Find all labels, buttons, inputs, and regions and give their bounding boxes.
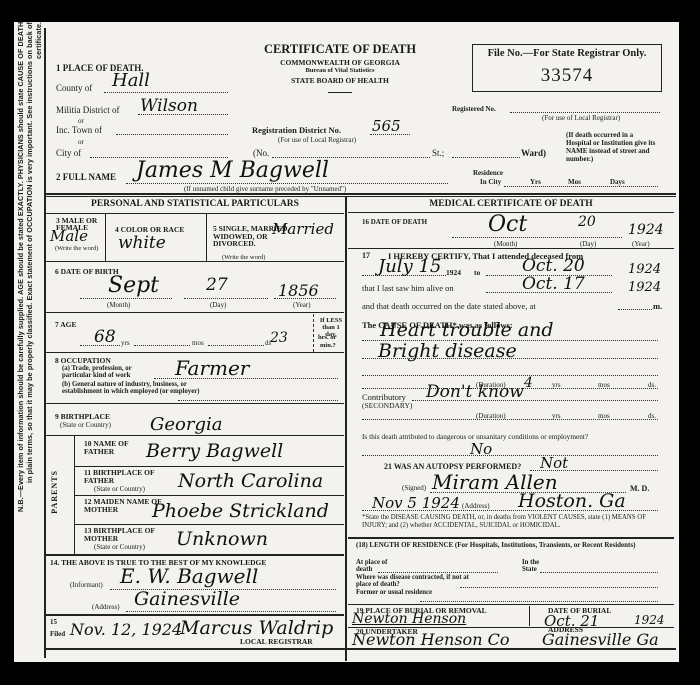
md-label: M. D. xyxy=(630,484,649,493)
county-value: Hall xyxy=(112,70,150,91)
sign-address-value: Hoston. Ga xyxy=(518,490,626,512)
date-of-death-year: 1924 xyxy=(628,222,664,238)
hrs-label: hrs. or xyxy=(318,334,336,341)
informant-address-line xyxy=(126,611,336,612)
filed-number: 15 xyxy=(50,618,57,626)
age-yrs: 68 xyxy=(94,327,116,347)
dob-year: 1856 xyxy=(278,281,319,300)
informant-value: E. W. Bagwell xyxy=(120,564,258,588)
dod-year-note: (Year) xyxy=(632,240,650,248)
medical-rule-4 xyxy=(348,604,674,605)
personal-rule-6 xyxy=(46,435,344,436)
last-saw-value: Oct. 17 xyxy=(522,274,585,294)
mother-birthplace-label: 13 BIRTHPLACE OF MOTHER xyxy=(84,527,160,543)
filed-label: Filed xyxy=(50,630,65,638)
burial-place-value: Newton Henson xyxy=(352,611,466,627)
to-label: to xyxy=(474,268,480,277)
dob-month: Sept xyxy=(108,273,159,298)
parents-label: PARENTS xyxy=(50,470,59,514)
date-of-death-month: Oct xyxy=(488,212,527,237)
personal-vrule-2 xyxy=(206,213,207,261)
father-birthplace-value: North Carolina xyxy=(178,470,323,492)
reg-district-label: Registration District No. xyxy=(252,125,341,135)
sign-date: Nov 5 1924 xyxy=(372,494,460,512)
father-birthplace-label: 11 BIRTHPLACE OF FATHER xyxy=(84,469,160,485)
contributory-mos-unit: mos xyxy=(598,412,610,420)
registered-no-label: Registered No. xyxy=(452,105,496,113)
cause-footnote: *State the DISEASE CAUSING DEATH, or, in… xyxy=(362,514,658,530)
cause-value-1: Heart trouble and xyxy=(380,319,554,341)
in-state-label: In the State xyxy=(522,559,552,573)
certificate-title: CERTIFICATE OF DEATH xyxy=(200,42,480,57)
race-value: white xyxy=(118,233,166,253)
age-yrs-unit: yrs xyxy=(121,339,130,347)
militia-value: Wilson xyxy=(140,96,198,116)
bureau-label: Bureau of Vital Statistics xyxy=(200,67,480,74)
militia-label: Militia District of xyxy=(56,105,120,115)
personal-rule-4 xyxy=(46,352,344,353)
contributory-duration-line[interactable] xyxy=(362,419,658,420)
divider-main-2 xyxy=(46,196,676,197)
sex-value: Male xyxy=(50,227,88,245)
personal-vrule-1 xyxy=(105,213,106,261)
occupation-b-label: (b) General nature of industry, business… xyxy=(62,381,204,395)
full-name-note: (If unnamed child give surname preceded … xyxy=(184,185,346,193)
dangerous-value: No xyxy=(470,440,492,458)
contributory-duration-label: (Duration) xyxy=(476,412,506,420)
file-number-label: File No.—For State Registrar Only. xyxy=(475,48,659,59)
personal-rule-3 xyxy=(46,312,344,313)
ward-field[interactable] xyxy=(452,157,520,158)
sign-address-label: (Address) xyxy=(462,502,490,510)
column-divider xyxy=(345,196,347,661)
last-saw-label: that I last saw him alive on xyxy=(362,283,454,293)
personal-rule-7 xyxy=(46,554,344,556)
age-ds-line xyxy=(208,345,264,346)
mother-birthplace-note: (State or Country) xyxy=(94,543,145,551)
sex-note: (Write the word) xyxy=(55,245,99,252)
last-saw-year: 1924 xyxy=(628,280,661,295)
father-value: Berry Bagwell xyxy=(146,440,283,462)
cause-value-2: Bright disease xyxy=(378,340,517,362)
attended-from-year: 1924 xyxy=(446,268,461,277)
st-label: St.; xyxy=(432,148,444,158)
personal-rule-8 xyxy=(46,614,344,616)
dob-month-note: (Month) xyxy=(107,301,130,309)
informant-address-label: (Address) xyxy=(92,603,120,611)
margin-instructions: N.B.—Every item of information should be… xyxy=(14,22,42,662)
mother-birthplace-value: Unknown xyxy=(176,528,268,550)
medical-rule-2 xyxy=(348,248,674,249)
dangerous-line xyxy=(362,455,658,456)
age-divider xyxy=(313,314,314,352)
header-rule xyxy=(328,92,352,93)
age-ds: 23 xyxy=(270,330,288,346)
at-place-field[interactable] xyxy=(378,572,498,573)
birthplace-value: Georgia xyxy=(150,414,222,435)
secondary-label: (SECONDARY) xyxy=(362,401,412,410)
date-of-death-day: 20 xyxy=(578,214,596,230)
father-birthplace-note: (State or Country) xyxy=(94,485,145,493)
at-place-label: At place of death xyxy=(356,559,400,573)
occupation-a-label: (a) Trade, profession, or particular kin… xyxy=(62,365,160,379)
min-label: min.? xyxy=(320,342,336,349)
local-registrar-signature: Marcus Waldrip xyxy=(180,617,333,639)
attended-from: July 15 xyxy=(378,256,441,277)
or-label-2: or xyxy=(78,138,84,146)
birthplace-note: (State or Country) xyxy=(60,421,111,429)
contributory-ds-unit: ds. xyxy=(648,412,656,420)
m-label: m. xyxy=(653,301,662,311)
contributory-yrs-unit: yrs xyxy=(552,412,561,420)
reg-district-value: 565 xyxy=(372,117,401,135)
informant-address-value: Gainesville xyxy=(134,588,240,610)
dod-day-note: (Day) xyxy=(580,240,596,248)
personal-section-title: PERSONAL AND STATISTICAL PARTICULARS xyxy=(46,199,344,209)
age-label: 7 AGE xyxy=(55,320,76,329)
full-name-label: 2 FULL NAME xyxy=(56,172,116,182)
dob-month-line xyxy=(80,298,172,299)
or-label-1: or xyxy=(78,117,84,125)
parents-rule-1 xyxy=(74,466,344,467)
residence-label: Residence xyxy=(473,169,503,177)
residence-days-label: Days xyxy=(610,178,625,186)
time-of-death-field[interactable] xyxy=(618,309,652,310)
town-field[interactable] xyxy=(116,134,228,135)
informant-label: (Informant) xyxy=(70,581,103,589)
county-label: County of xyxy=(56,83,92,93)
contracted-field[interactable] xyxy=(460,587,658,588)
date-of-death-line xyxy=(452,237,622,238)
occupation-a-value: Farmer xyxy=(175,356,249,380)
former-residence-label: Former or usual residence xyxy=(356,589,446,596)
medical-section-title: MEDICAL CERTIFICATE OF DEATH xyxy=(348,199,674,209)
cause-line-3[interactable] xyxy=(362,375,658,376)
residence-length-label: (18) LENGTH OF RESIDENCE (For Hospitals,… xyxy=(356,541,662,549)
undertaker-address-value: Gainesville Ga xyxy=(542,630,659,649)
contracted-label: Where was disease contracted, if not at … xyxy=(356,574,476,588)
dob-day-line xyxy=(184,298,268,299)
dob-day: 27 xyxy=(206,275,228,295)
file-number-box: File No.—For State Registrar Only. 33574 xyxy=(472,44,662,92)
local-registrar-label: LOCAL REGISTRAR xyxy=(240,637,313,646)
in-city-label: In City xyxy=(480,178,501,186)
contributory-value: Don't know xyxy=(426,382,524,402)
occupation-b-field[interactable] xyxy=(178,400,338,401)
in-state-field[interactable] xyxy=(540,572,658,573)
mother-value: Phoebe Strickland xyxy=(152,500,329,522)
dob-day-note: (Day) xyxy=(210,301,226,309)
county-line xyxy=(104,92,228,93)
attended-to: Oct. 20 xyxy=(522,256,585,276)
reg-district-note: (For use of Local Registrar) xyxy=(278,136,356,144)
margin-line-3: certificate. xyxy=(34,22,44,662)
registered-no-note: (For use of Local Registrar) xyxy=(542,114,620,122)
no-label: (No. xyxy=(253,148,269,158)
parents-rule-2 xyxy=(74,495,344,496)
father-label: 10 NAME OF FATHER xyxy=(84,440,144,456)
full-name-line xyxy=(126,183,448,184)
certify-number: 17 xyxy=(362,251,370,260)
filed-date: Nov. 12, 1924 xyxy=(70,620,182,639)
personal-rule-1 xyxy=(46,213,344,214)
commonwealth-label: COMMONWEALTH OF GEORGIA xyxy=(200,58,480,67)
residence-field[interactable] xyxy=(504,186,658,187)
residence-yrs-label: Yrs xyxy=(530,178,541,186)
occurred-text: and that death occurred on the date stat… xyxy=(362,301,536,311)
undertaker-value: Newton Henson Co xyxy=(352,630,509,649)
date-of-death-label: 16 DATE OF DEATH xyxy=(362,218,427,226)
registered-no-field[interactable] xyxy=(510,112,660,113)
full-name-value: James M Bagwell xyxy=(136,158,329,183)
parents-rule-3 xyxy=(74,524,344,525)
divider-main xyxy=(46,193,676,195)
dod-month-note: (Month) xyxy=(494,240,517,248)
age-mos-field[interactable] xyxy=(134,345,190,346)
personal-rule-5 xyxy=(46,403,344,404)
file-number-value: 33574 xyxy=(473,65,661,87)
occupation-label: 8 OCCUPATION xyxy=(55,356,111,365)
attended-to-year: 1924 xyxy=(628,262,661,277)
signed-label: (Signed) xyxy=(402,484,426,492)
former-residence-field[interactable] xyxy=(420,601,658,602)
personal-rule-2 xyxy=(46,261,344,262)
medical-rule-3 xyxy=(348,537,674,539)
marital-note: (Write the word) xyxy=(222,254,265,261)
dob-year-note: (Year) xyxy=(293,301,311,309)
town-label: Inc. Town of xyxy=(56,125,102,135)
board-label: STATE BOARD OF HEALTH xyxy=(200,76,480,85)
city-label: City of xyxy=(56,148,81,158)
age-mos-unit: mos xyxy=(192,339,204,347)
marital-value: Married xyxy=(272,220,334,238)
residence-mos-label: Mos xyxy=(568,178,581,186)
birthplace-label: 9 BIRTHPLACE xyxy=(55,412,110,421)
hospital-note: (If death occurred in a Hospital or Inst… xyxy=(566,131,660,163)
ward-label: Ward) xyxy=(521,148,546,158)
burial-divider xyxy=(529,606,530,626)
burial-year: 1924 xyxy=(634,613,665,627)
